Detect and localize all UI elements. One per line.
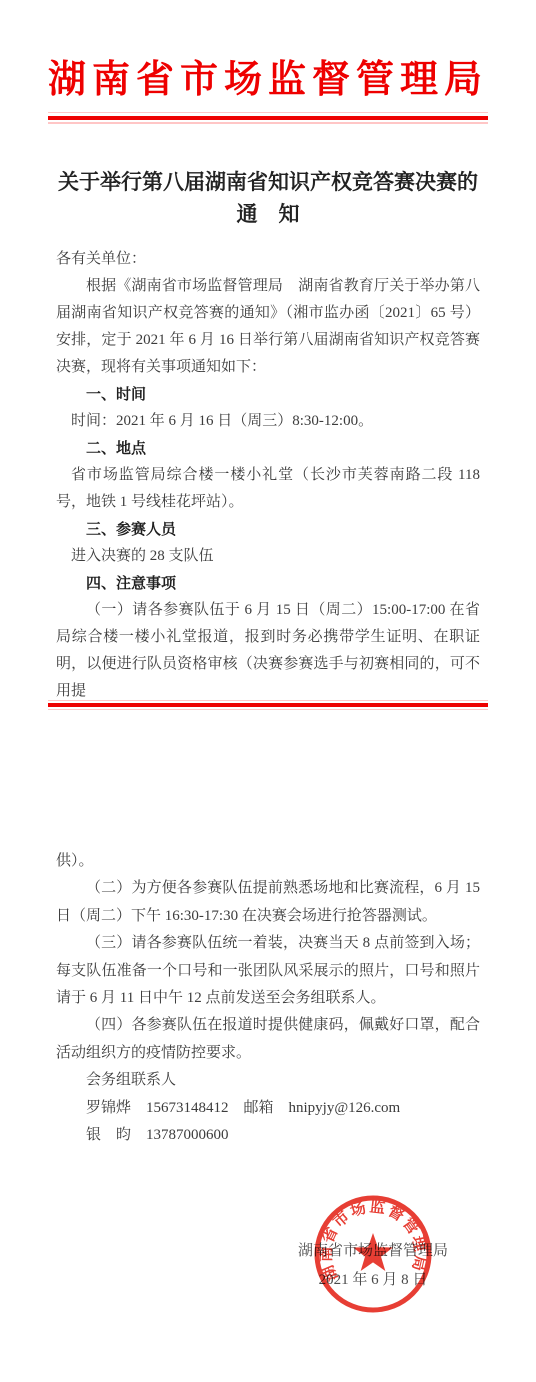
contacts-label: 会务组联系人	[56, 1067, 480, 1094]
notice-body-page-2: 供）。 （二）为方便各参赛队伍提前熟悉场地和比赛流程，6 月 15 日（周二）下…	[56, 848, 480, 1149]
letterhead-divider	[48, 112, 488, 124]
section-time-text: 时间：2021 年 6 月 16 日（周三）8:30-12:00。	[56, 408, 480, 435]
note-paragraph-3: （三）请各参赛队伍统一着装，决赛当天 8 点前签到入场；每支队伍准备一个口号和一…	[56, 930, 480, 1012]
intro-paragraph: 根据《湖南省市场监督管理局 湖南省教育厅关于举办第八届湖南省知识产权竞答赛的通知…	[56, 273, 480, 381]
section-heading-notes: 四、注意事项	[56, 570, 480, 597]
section-heading-venue: 二、地点	[56, 435, 480, 462]
notice-title: 关于举行第八届湖南省知识产权竞答赛决赛的 通 知	[0, 166, 536, 230]
section-venue-text: 省市场监管局综合楼一楼小礼堂（长沙市芙蓉南路二段 118 号，地铁 1 号线桂花…	[56, 462, 480, 516]
page-divider-pink-bottom	[48, 709, 488, 710]
seal-star-icon	[353, 1233, 393, 1271]
section-heading-participants: 三、参赛人员	[56, 516, 480, 543]
notice-title-line-2: 通 知	[0, 198, 536, 230]
official-seal: 湖南省市场监督管理局	[303, 1184, 443, 1324]
note-paragraph-2: （二）为方便各参赛队伍提前熟悉场地和比赛流程，6 月 15 日（周二）下午 16…	[56, 875, 480, 930]
note-paragraph-1: （一）请各参赛队伍于 6 月 15 日（周二）15:00-17:00 在省局综合…	[56, 597, 480, 705]
letterhead-title: 湖南省市场监督管理局	[0, 56, 536, 104]
salutation: 各有关单位：	[56, 246, 480, 273]
notice-body-page-1: 各有关单位： 根据《湖南省市场监督管理局 湖南省教育厅关于举办第八届湖南省知识产…	[56, 246, 480, 705]
note-paragraph-4: （四）各参赛队伍在报道时提供健康码，佩戴好口罩，配合活动组织方的疫情防控要求。	[56, 1012, 480, 1067]
note-paragraph-1-continuation: 供）。	[56, 848, 480, 875]
notice-title-line-1: 关于举行第八届湖南省知识产权竞答赛决赛的	[0, 166, 536, 198]
notice-document: 湖南省市场监督管理局 关于举行第八届湖南省知识产权竞答赛决赛的 通 知 各有关单…	[0, 0, 536, 1382]
contact-row-2: 银 昀 13787000600	[56, 1122, 480, 1149]
section-participants-text: 进入决赛的 28 支队伍	[56, 543, 480, 570]
divider-pink-line-2	[48, 122, 488, 124]
page-divider	[48, 700, 488, 710]
section-heading-time: 一、时间	[56, 381, 480, 408]
contact-row-1: 罗锦烨 15673148412 邮箱 hnipyjy@126.com	[56, 1095, 480, 1122]
